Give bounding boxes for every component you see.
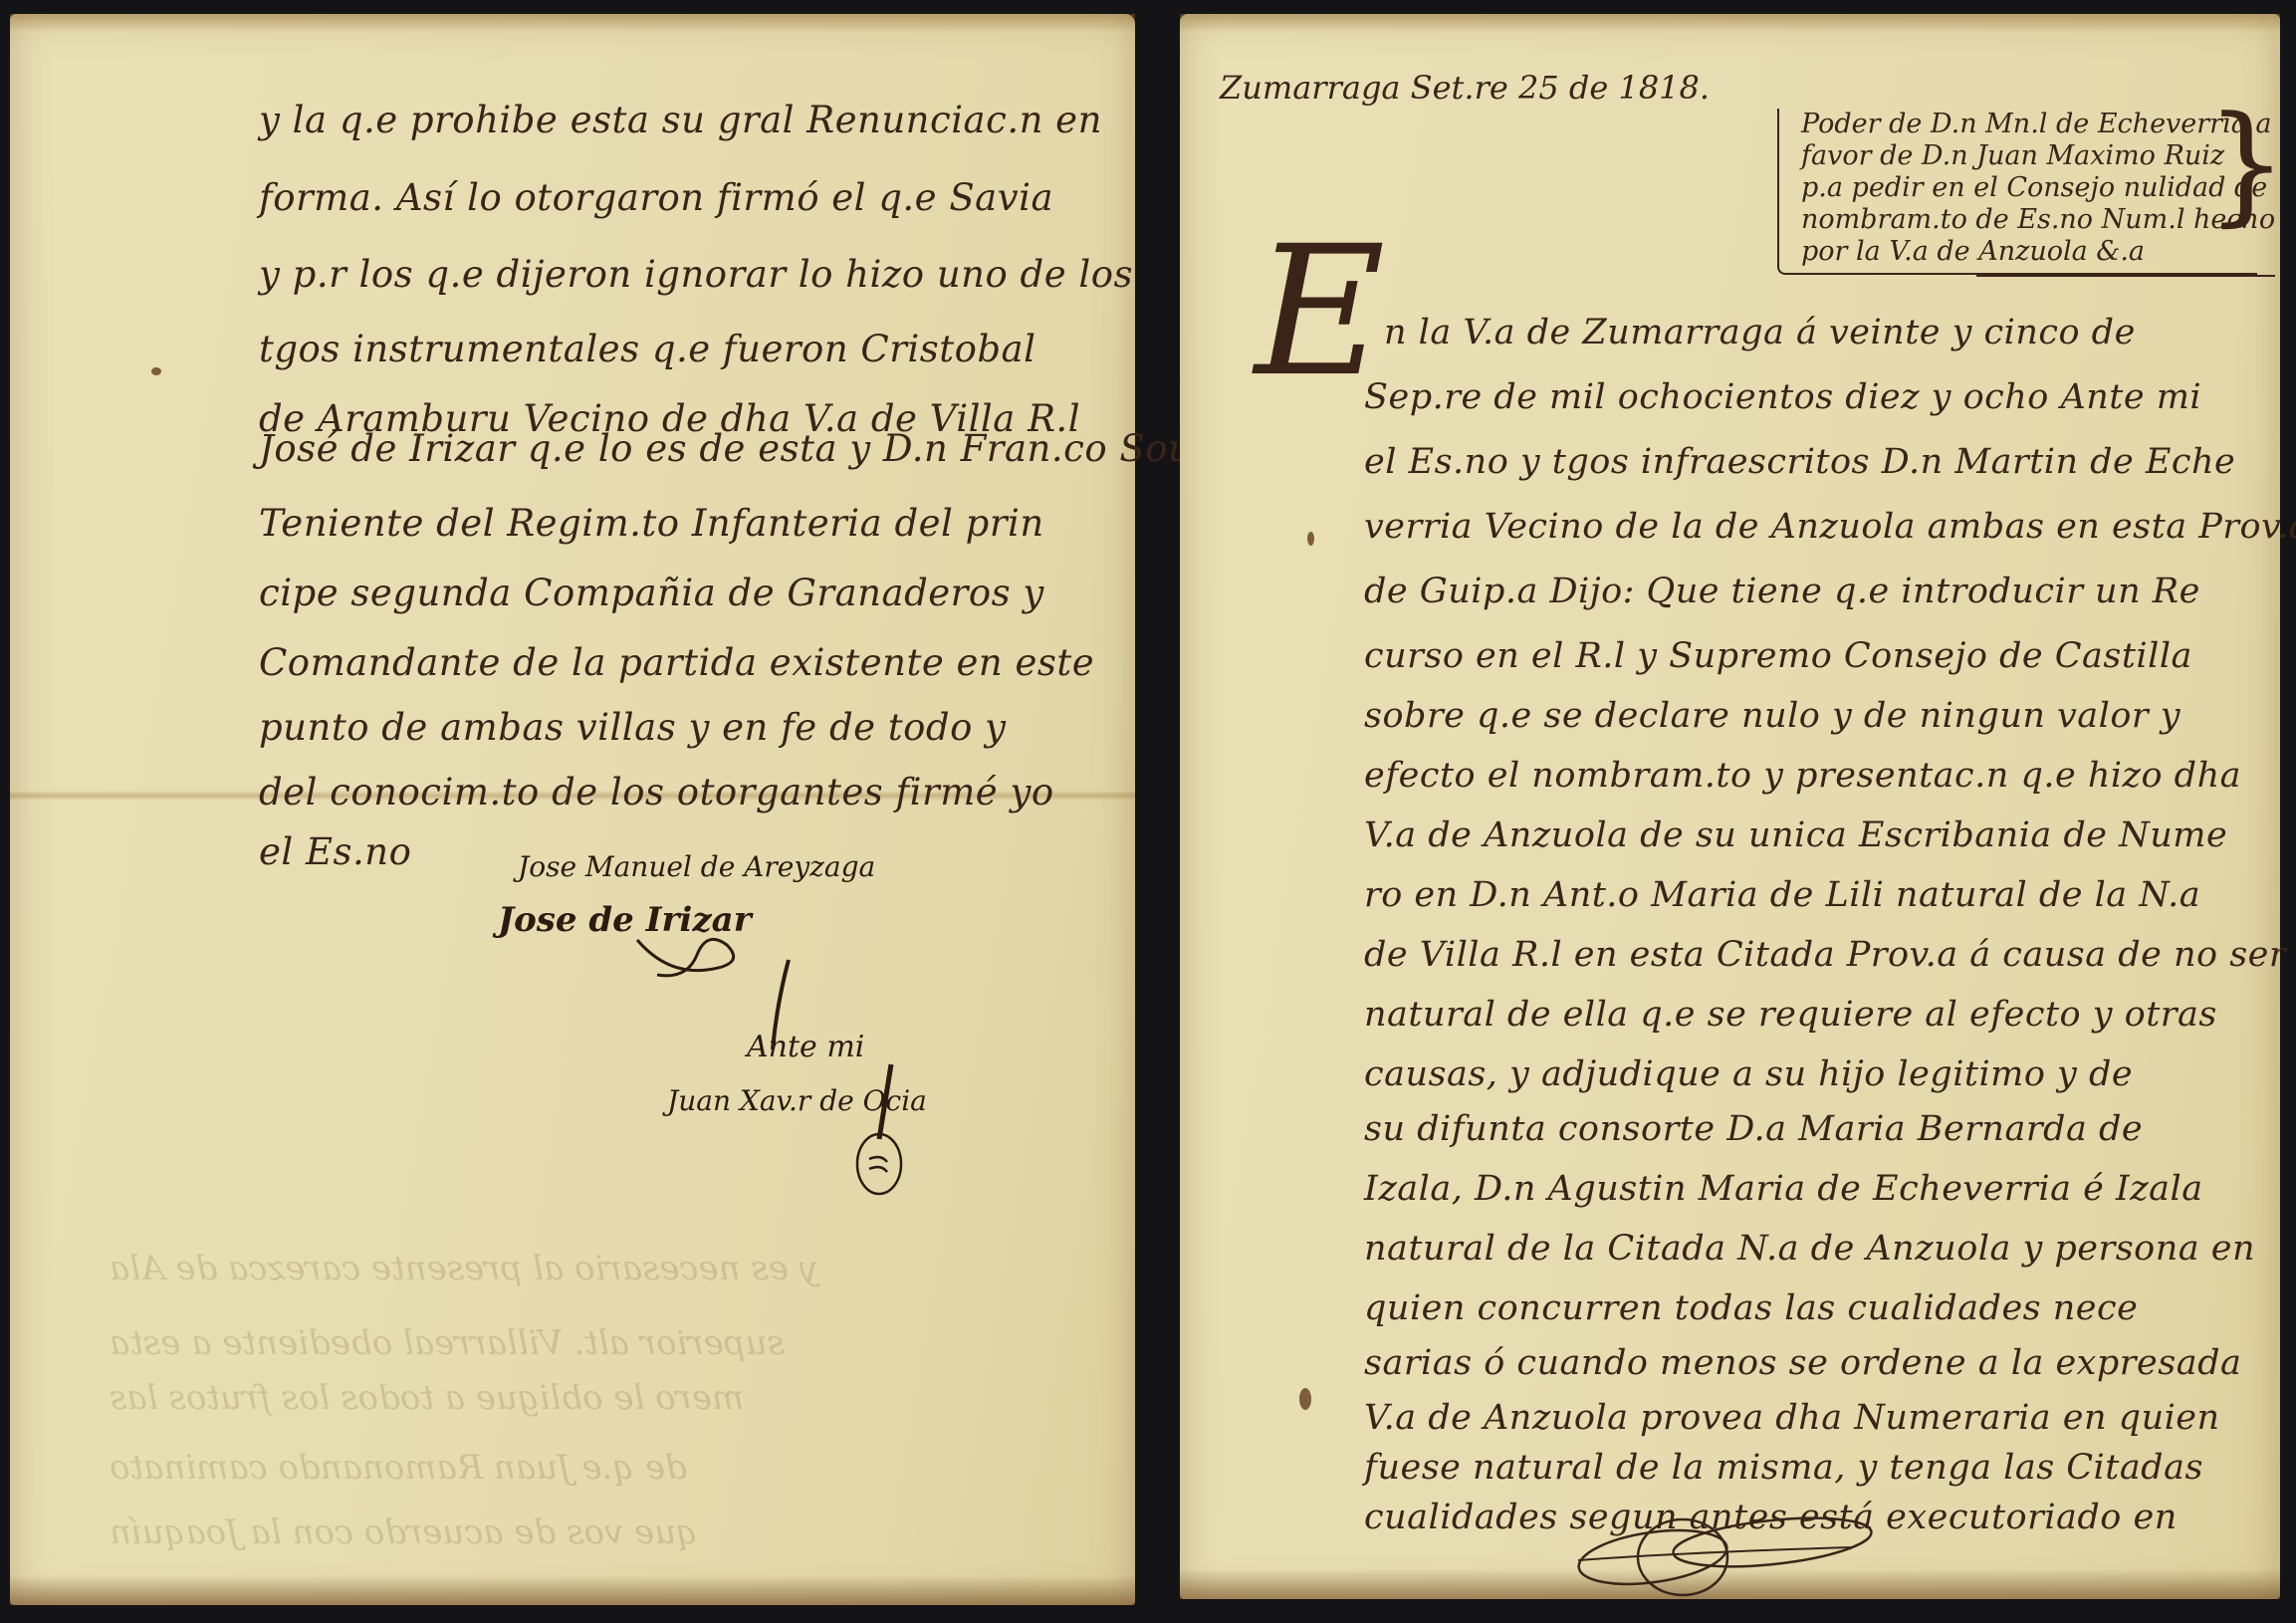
bleed-through-text: que vos de acuerdo con la Joaquín [110,1512,698,1552]
paper-bottom-edge [10,1575,1135,1605]
manuscript-line: verria Vecino de la de Anzuola ambas en … [1364,507,2296,547]
margin-note-line: p.a pedir en el Consejo nulidad de [1801,172,2267,203]
manuscript-line: el Es.no [259,830,411,873]
manuscript-line: y la q.e prohibe esta su gral Renunciac.… [259,99,1102,141]
right-manuscript-page: Zumarraga Set.re 25 de 1818. Poder de D.… [1180,14,2280,1599]
paper-top-edge [1180,14,2280,32]
manuscript-line: Izala, D.n Agustin Maria de Echeverria é… [1364,1169,2203,1209]
manuscript-line: causas, y adjudique a su hijo legitimo y… [1364,1054,2133,1094]
notary-rubric-icon [851,1059,911,1199]
manuscript-line: n la V.a de Zumarraga á veinte y cinco d… [1384,313,2136,352]
manuscript-line: del conocim.to de los otorgantes firmé y… [259,771,1054,813]
bleed-through-text: de q.e Juan Ramonando caminato [110,1448,687,1488]
manuscript-line: natural de ella q.e se requiere al efect… [1364,995,2217,1035]
margin-note-line: favor de D.n Juan Maximo Ruiz [1801,140,2224,171]
margin-rule [1976,275,2275,277]
manuscript-line: ro en D.n Ant.o Maria de Lili natural de… [1364,875,2200,915]
manuscript-line: Comandante de la partida existente en es… [259,641,1094,684]
ink-blot [1307,532,1314,546]
manuscript-line: Sep.re de mil ochocientos diez y ocho An… [1364,377,2201,417]
manuscript-line: de Villa R.l en esta Citada Prov.a á cau… [1364,935,2286,975]
signature-flourish-icon [767,955,797,1054]
closing-flourish-icon [1563,1512,1892,1602]
manuscript-line: efecto el nombram.to y presentac.n q.e h… [1364,756,2241,796]
manuscript-line: sarias ó cuando menos se ordene a la exp… [1364,1343,2241,1383]
right-brace-icon: } [2205,99,2288,228]
signature-rubric-icon [617,930,757,990]
manuscript-line: punto de ambas villas y en fe de todo y [259,706,1007,749]
bleed-through-text: mero le obligue a todos los frutos las [110,1378,744,1418]
manuscript-line: cipe segunda Compañia de Granaderos y [259,572,1044,614]
signature-areyzaga: Jose Manuel de Areyzaga [518,850,875,883]
manuscript-line: tgos instrumentales q.e fueron Cristobal [259,328,1035,370]
manuscript-line: de Guip.a Dijo: Que tiene q.e introducir… [1364,572,2200,611]
manuscript-line: quien concurren todas las cualidades nec… [1364,1288,2138,1328]
ink-blot [1299,1388,1311,1410]
manuscript-line: el Es.no y tgos infraescritos D.n Martin… [1364,442,2235,482]
signature-ante-mi: Ante mi [747,1030,864,1064]
header-date: Zumarraga Set.re 25 de 1818. [1220,69,1710,107]
manuscript-line: sobre q.e se declare nulo y de ningun va… [1364,696,2181,736]
manuscript-line: Teniente del Regim.to Infanteria del pri… [259,502,1044,545]
manuscript-line: fuese natural de la misma, y tenga las C… [1364,1448,2203,1488]
manuscript-line: V.a de Anzuola provea dha Numeraria en q… [1364,1398,2220,1438]
left-manuscript-page: y es necesario al presente carezca de Al… [10,14,1135,1605]
bleed-through-text: y es necesario al presente carezca de Al… [110,1249,818,1288]
decorative-initial: E [1255,223,1385,402]
manuscript-line: su difunta consorte D.a Maria Bernarda d… [1364,1109,2143,1149]
manuscript-line: V.a de Anzuola de su unica Escribania de… [1364,815,2227,855]
ink-spot [151,367,161,375]
manuscript-line: José de Irizar q.e lo es de esta y D.n F… [259,427,1234,470]
margin-note-line: Poder de D.n Mn.l de Echeverria a [1801,109,2272,139]
manuscript-line: curso en el R.l y Supremo Consejo de Cas… [1364,636,2192,676]
manuscript-line: natural de la Citada N.a de Anzuola y pe… [1364,1229,2255,1269]
margin-summary-box: Poder de D.n Mn.l de Echeverria a favor … [1777,109,2257,275]
manuscript-line: forma. Así lo otorgaron firmó el q.e Sav… [259,176,1053,219]
paper-top-edge [10,14,1135,32]
manuscript-line: y p.r los q.e dijeron ignorar lo hizo un… [259,253,1133,296]
margin-note-line: por la V.a de Anzuola &.a [1801,236,2145,267]
margin-note-line: nombram.to de Es.no Num.l hecho [1801,204,2275,235]
bleed-through-text: superior alt. Villarreal obediente a est… [110,1323,785,1363]
